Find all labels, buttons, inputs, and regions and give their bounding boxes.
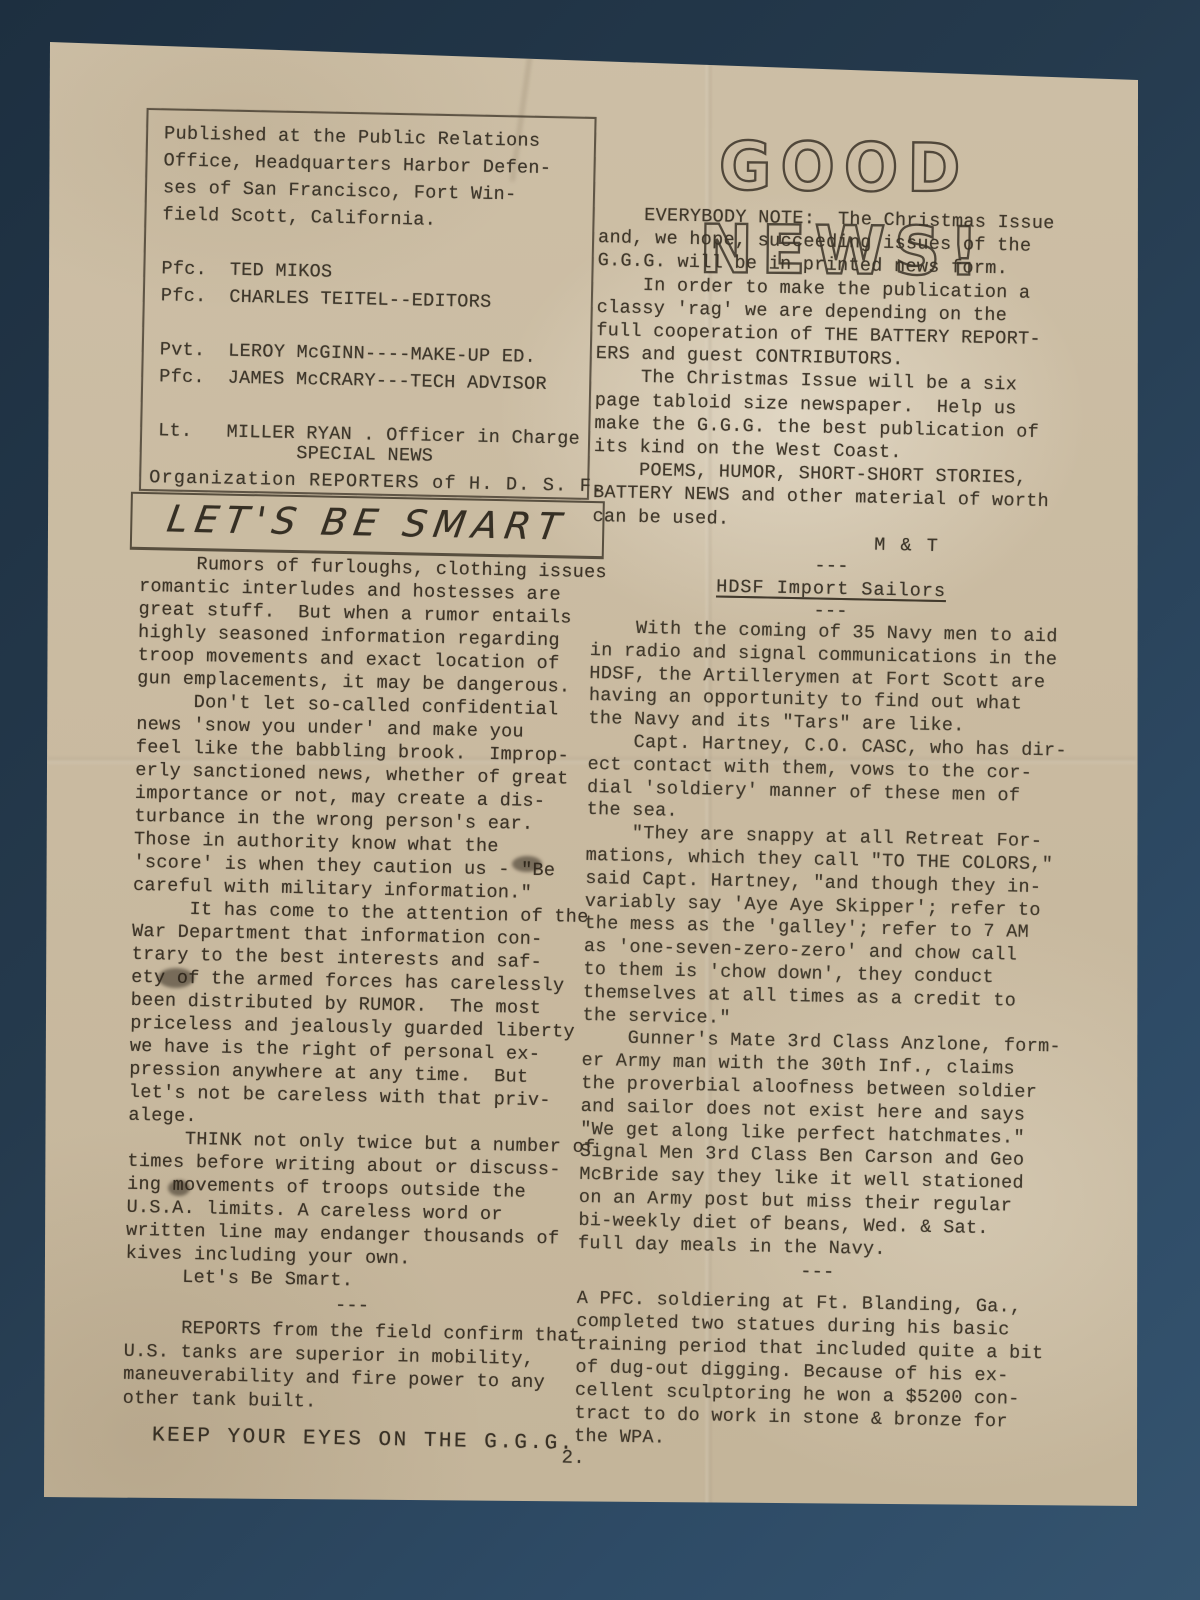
good-news-article: EVERYBODY NOTE: The Christmas Issue and,…: [592, 203, 1055, 537]
masthead-box: Published at the Public Relations Office…: [139, 108, 597, 500]
ink-stain: [158, 968, 194, 988]
newsletter-paper: Published at the Public Relations Office…: [0, 0, 1200, 1600]
sailors-article: With the coming of 35 Navy men to aid in…: [578, 617, 1070, 1265]
typed-content: Published at the Public Relations Office…: [20, 40, 1141, 1532]
reports-note: REPORTS from the field confirm that U.S.…: [123, 1316, 581, 1419]
lets-be-smart-box: LET'S BE SMART: [130, 492, 605, 560]
keep-your-eyes-footer: KEEP YOUR EYES ON THE G.G.G.: [152, 1424, 575, 1455]
page-number: 2.: [561, 1447, 585, 1469]
ink-stain: [168, 1180, 190, 1196]
photo-of-newsletter: { "photo": { "background_color": "#253a4…: [0, 0, 1200, 1600]
ink-stain: [512, 856, 542, 872]
pfc-sculptor-note: A PFC. soldiering at Ft. Blanding, Ga., …: [574, 1287, 1045, 1457]
lets-be-smart-article: Rumors of furloughs, clothing issues rom…: [125, 552, 607, 1297]
masthead-publisher-and-staff: Published at the Public Relations Office…: [158, 120, 586, 452]
lets-be-smart-heading: LET'S BE SMART: [128, 494, 606, 553]
